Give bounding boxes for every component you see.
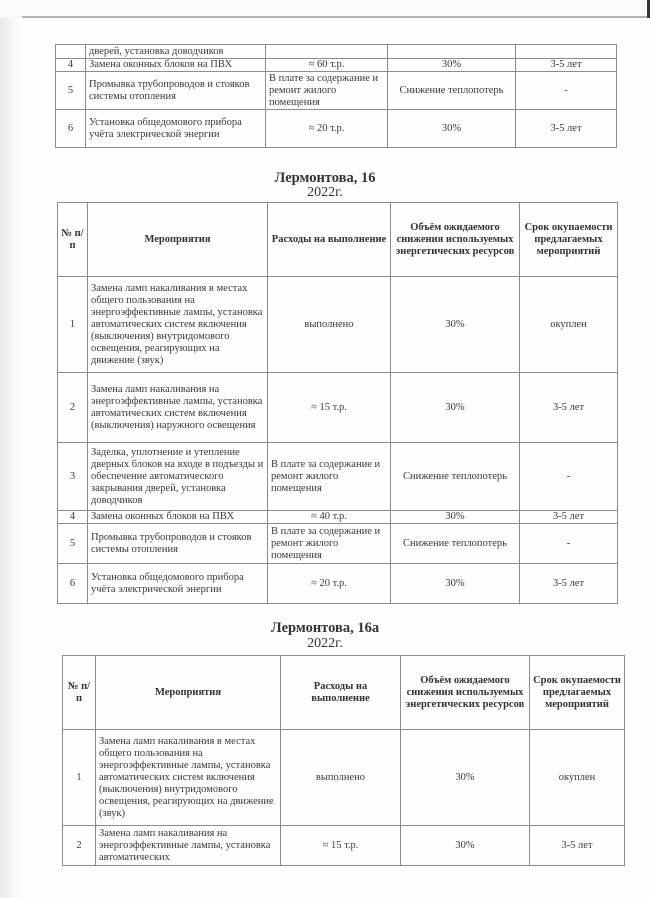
row-num: 6 [56,110,86,148]
row-payback [516,45,617,59]
row-num: 4 [58,511,88,524]
row-payback: окуплен [520,277,618,373]
row-activity: Замена ламп накаливания в местах общего … [88,277,268,373]
row-cost: В плате за содержание и ремонт жилого по… [268,443,391,511]
row-reduction: 30% [388,59,516,72]
row-reduction: 30% [391,373,520,443]
row-num: 1 [58,277,88,373]
row-reduction: 30% [388,110,516,148]
row-reduction: 30% [401,826,530,866]
row-num [56,45,86,59]
row-activity: Замена ламп накаливания на энергоэффекти… [96,826,281,866]
row-reduction: Снижение теплопотерь [391,524,520,564]
row-reduction [388,45,516,59]
row-cost: ≈ 40 т.р. [268,511,391,524]
row-activity: Установка общедомового прибора учёта эле… [86,110,266,148]
table-lermontova-16: № п/п Мероприятия Расходы на выполнение … [57,202,618,604]
row-cost: В плате за содержание и ремонт жилого по… [266,72,388,110]
table-row: дверей, установка доводчиков [56,45,617,59]
row-activity: Промывка трубопроводов и стояков системы… [86,72,266,110]
row-activity: Замена оконных блоков на ПВХ [88,511,268,524]
row-cost [266,45,388,59]
row-reduction: Снижение теплопотерь [388,72,516,110]
row-num: 3 [58,443,88,511]
row-num: 2 [58,373,88,443]
row-reduction: 30% [391,277,520,373]
table-row: 6 Установка общедомового прибора учёта э… [58,564,618,604]
row-payback: - [516,72,617,110]
row-cost: В плате за содержание и ремонт жилого по… [268,524,391,564]
row-payback: 3-5 лет [516,59,617,72]
row-payback: - [520,524,618,564]
row-num: 4 [56,59,86,72]
row-activity: Промывка трубопроводов и стояков системы… [88,524,268,564]
header-num: № п/п [63,656,96,730]
table-row: 5 Промывка трубопроводов и стояков систе… [58,524,618,564]
table-row: 2 Замена ламп накаливания на энергоэффек… [58,373,618,443]
row-cost: ≈ 60 т.р. [266,59,388,72]
scan-left-shadow [0,18,20,898]
header-activity: Мероприятия [88,203,268,277]
row-payback: 3-5 лет [520,511,618,524]
table-continuation: дверей, установка доводчиков 4 Замена ок… [55,44,617,148]
row-reduction: 30% [401,730,530,826]
row-cost: ≈ 15 т.р. [268,373,391,443]
scan-top-margin [0,0,650,16]
row-activity: Заделка, уплотнение и утепление дверных … [88,443,268,511]
row-payback: 3-5 лет [520,373,618,443]
header-cost: Расходы на выполнение [281,656,401,730]
header-cost: Расходы на выполнение [268,203,391,277]
row-num: 2 [63,826,96,866]
table-row: 1 Замена ламп накаливания в местах общег… [58,277,618,373]
section-year: 2022г. [0,185,650,201]
table-row: 4 Замена оконных блоков на ПВХ ≈ 60 т.р.… [56,59,617,72]
table-row: 6 Установка общедомового прибора учёта э… [56,110,617,148]
row-num: 1 [63,730,96,826]
row-num: 5 [58,524,88,564]
header-reduction: Объём ожидаемого снижения используемых э… [391,203,520,277]
table-row: 3 Заделка, уплотнение и утепление дверны… [58,443,618,511]
row-cost: выполнено [268,277,391,373]
row-activity: Замена ламп накаливания на энергоэффекти… [88,373,268,443]
row-reduction: 30% [391,564,520,604]
table-row: 4 Замена оконных блоков на ПВХ ≈ 40 т.р.… [58,511,618,524]
table-row: 2 Замена ламп накаливания на энергоэффек… [63,826,625,866]
row-payback: 3-5 лет [530,826,625,866]
row-payback: 3-5 лет [516,110,617,148]
header-payback: Срок окупаемости предлагаемых мероприяти… [530,656,625,730]
row-cost: выполнено [281,730,401,826]
section-title: Лермонтова, 16а [0,620,650,637]
section-year: 2022г. [0,636,650,652]
header-num: № п/п [58,203,88,277]
row-num: 6 [58,564,88,604]
row-payback: 3-5 лет [520,564,618,604]
header-payback: Срок окупаемости предлагаемых мероприяти… [520,203,618,277]
table-row: 1 Замена ламп накаливания в местах общег… [63,730,625,826]
row-cost: ≈ 15 т.р. [281,826,401,866]
row-reduction: Снижение теплопотерь [391,443,520,511]
row-activity: Установка общедомового прибора учёта эле… [88,564,268,604]
header-reduction: Объём ожидаемого снижения используемых э… [401,656,530,730]
row-activity: Замена ламп накаливания в местах общего … [96,730,281,826]
row-reduction: 30% [391,511,520,524]
row-payback: - [520,443,618,511]
table-header-row: № п/п Мероприятия Расходы на выполнение … [58,203,618,277]
table-header-row: № п/п Мероприятия Расходы на выполнение … [63,656,625,730]
row-payback: окуплен [530,730,625,826]
row-cost: ≈ 20 т.р. [268,564,391,604]
row-activity: дверей, установка доводчиков [86,45,266,59]
row-cost: ≈ 20 т.р. [266,110,388,148]
table-lermontova-16a: № п/п Мероприятия Расходы на выполнение … [62,655,625,866]
row-num: 5 [56,72,86,110]
table-row: 5 Промывка трубопроводов и стояков систе… [56,72,617,110]
header-activity: Мероприятия [96,656,281,730]
row-activity: Замена оконных блоков на ПВХ [86,59,266,72]
